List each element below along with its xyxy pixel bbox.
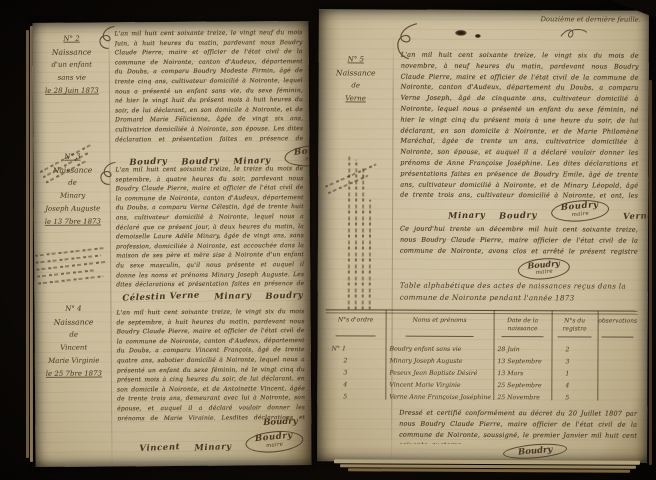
certification-text: Dressé et certifié conformément au décre… xyxy=(399,408,637,445)
table-row-registre: 2 xyxy=(565,346,585,354)
act-subject: Joseph Auguste xyxy=(38,202,108,215)
signature: Boudry xyxy=(499,211,537,222)
act-subject: Minary xyxy=(38,189,108,202)
act-date: le 13 7bre 1873 xyxy=(38,215,108,228)
table-row-registre: 3 xyxy=(565,358,585,366)
act-type: Naissance xyxy=(38,315,108,328)
table-row-ordre: N° 1 xyxy=(331,345,383,353)
act-date: le 25 7bre 1873 xyxy=(39,367,109,380)
table-row-nom: Vincent Marie Virginie xyxy=(389,382,491,390)
certification-signature: Boudry xyxy=(503,442,568,461)
table-row-ordre: 5 xyxy=(343,393,383,401)
act-1-body: L'an mil huit cent soixante treize, le v… xyxy=(115,28,304,143)
act-subject: Marie Virginie xyxy=(39,354,109,367)
table-row-registre: 5 xyxy=(565,394,585,402)
ink-blot xyxy=(475,34,481,38)
signature-title: maire xyxy=(295,153,312,165)
signature: Minary xyxy=(214,291,252,303)
signature: Minary xyxy=(194,442,232,454)
mayor-signature: Boudry maire xyxy=(284,142,312,168)
act-number: N° 4 xyxy=(38,302,108,315)
header-underline xyxy=(602,337,634,338)
right-page: Douzième et dernière feuille. N° 5 Naiss… xyxy=(317,9,649,462)
act-date: le 28 Juin 1873 xyxy=(37,84,107,97)
register-scan-photo: N° 2 Naissance d'un enfant sans vie le 2… xyxy=(0,0,656,480)
table-title: Table alphabétique des actes de naissanc… xyxy=(400,280,638,307)
signature: Célestin Verne xyxy=(122,290,200,303)
act-subject: de xyxy=(39,328,109,341)
col-header-date: Date de la naissance xyxy=(494,317,552,333)
left-page: N° 2 Naissance d'un enfant sans vie le 2… xyxy=(32,21,311,467)
act-number: N° 5 xyxy=(321,53,391,66)
torn-corner xyxy=(610,0,656,18)
table-row-nom: Minary Joseph Auguste xyxy=(389,358,491,366)
table-row-ordre: 3 xyxy=(343,369,383,377)
signature: Vincent xyxy=(139,442,180,454)
margin-note-act-5: N° 5 Naissance de Verne xyxy=(321,53,391,105)
col-header-registre: N°s du registre xyxy=(552,317,598,333)
table-border xyxy=(326,312,638,314)
table-row-date: 25 Septembre xyxy=(497,382,549,390)
col-header-noms: Noms et prénoms xyxy=(386,317,494,325)
table-row-nom: Boudry enfant sans vie xyxy=(389,346,491,354)
closing-signature: Boudry maire xyxy=(517,256,571,281)
page-edge-strip xyxy=(348,468,630,472)
col-header-ordre: N°s d'ordre xyxy=(326,316,386,324)
table-row-date: 13 Septembre xyxy=(497,358,549,366)
margin-rule xyxy=(108,22,112,466)
act-3-signatures: Vincent Minary Boudry maire xyxy=(139,431,269,453)
header-underline xyxy=(336,335,376,336)
table-row-ordre: 2 xyxy=(343,357,383,365)
act-subject: Verne xyxy=(321,92,391,105)
birth-index-table: N°s d'ordre Noms et prénoms Date de la n… xyxy=(325,309,637,404)
act-subject: Vincent xyxy=(39,341,109,354)
table-row-ordre: 4 xyxy=(343,381,383,389)
act-5-body: L'an mil huit cent soixante treize, le v… xyxy=(400,50,639,199)
table-border xyxy=(326,309,638,311)
table-row-nom: Verne Anne Françoise Joséphine xyxy=(389,394,491,402)
signature: Verne xyxy=(623,211,649,222)
table-row-date: 28 Juin xyxy=(497,346,549,354)
illegible-marginal-annotation xyxy=(34,243,110,290)
act-type: Naissance xyxy=(321,66,391,79)
page-edge-strip xyxy=(26,30,29,458)
signature: Minary xyxy=(448,210,486,221)
margin-note-act-3: N° 4 Naissance de Vincent Marie Virginie… xyxy=(38,302,109,380)
header-underline xyxy=(558,336,592,337)
header-underline xyxy=(502,336,544,337)
act-3-body: L'an mil huit cent soixante treize, le v… xyxy=(116,307,305,420)
table-row-date: 13 Mars xyxy=(497,370,549,378)
register-closing: Ce jourd'hui trente un décembre mil huit… xyxy=(400,224,638,259)
col-header-observations: observations xyxy=(598,318,638,326)
table-row-nom: Peseux Jean Baptiste Désiré xyxy=(389,370,491,378)
table-row-registre: 1 xyxy=(565,370,585,378)
folio-paraph xyxy=(559,26,589,40)
table-row-registre: 4 xyxy=(565,382,585,390)
act-subject: sans vie xyxy=(37,71,107,84)
ink-blot xyxy=(455,30,467,36)
act-subject: de xyxy=(321,79,391,92)
witness-signature: Boudry xyxy=(263,417,298,428)
act-2-signatures: Célestin Verne Minary Boudry Boudry xyxy=(122,291,304,302)
table-row-date: 25 Novembre xyxy=(497,394,549,402)
signature: Boudry xyxy=(265,290,303,302)
mayor-signature: Boudry maire xyxy=(245,429,305,455)
act-subject: d'un enfant xyxy=(37,58,107,71)
act-2-body: L'an mil huit cent soixante treize, le t… xyxy=(115,164,304,290)
mayor-signature: Boudry maire xyxy=(551,198,611,224)
header-underline xyxy=(406,336,474,337)
book-cover-edge xyxy=(649,80,652,465)
act-5-signatures: Minary Boudry Boudry maire Verne xyxy=(448,200,638,222)
